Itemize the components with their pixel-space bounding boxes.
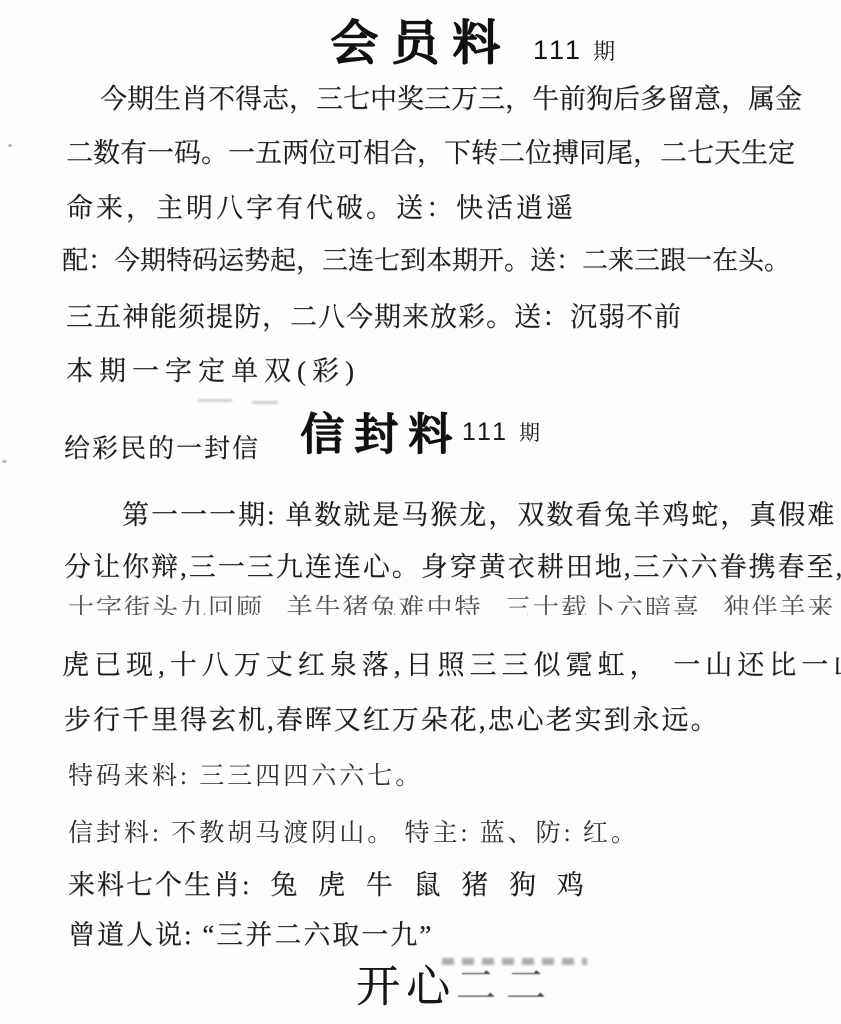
footer-text-main: 开心 bbox=[356, 950, 456, 1014]
member-line: 配：今期特码运势起，三连七到本期开。送：二来三跟一在头。 bbox=[62, 240, 790, 277]
envelope-issue-suffix: 期 bbox=[519, 417, 540, 447]
envelope-line: 虎已现,十八万丈红泉落,日照三三似霓虹， 一山还比一山高, bbox=[62, 643, 841, 682]
member-issue-suffix: 期 bbox=[593, 35, 615, 66]
scan-smudge bbox=[252, 401, 278, 404]
ink-smudge bbox=[442, 958, 587, 965]
member-line: 三五神能须提防，二八今期来放彩。送：沉弱不前 bbox=[66, 295, 682, 334]
envelope-tip-line: 信封料: 不教胡马渡阴山。 特主: 蓝、防: 红。 bbox=[68, 813, 639, 849]
scan-speck bbox=[2, 460, 7, 463]
member-line: 命来，主明八字有代破。送：快活逍遥 bbox=[66, 186, 576, 225]
envelope-line: 第一一一期: 单数就是马猴龙，双数看兔羊鸡蛇，真假难 bbox=[122, 493, 836, 532]
envelope-issue-number: 111 bbox=[462, 418, 509, 447]
scan-smudge bbox=[198, 399, 232, 402]
envelope-title: 信封料 bbox=[300, 398, 462, 462]
envelope-issue: 111 期 bbox=[462, 417, 540, 447]
envelope-side-note: 给彩民的一封信 bbox=[64, 428, 260, 465]
envelope-line: 十字街头九回顾 羊牛猪兔难中特 三十载卜六暗喜 独伴羊来 bbox=[68, 590, 836, 615]
member-issue: 111 期 bbox=[533, 35, 615, 66]
envelope-line: 分让你辩,三一三九连连心。身穿黄衣耕田地,三六六眷携春至, bbox=[64, 545, 841, 584]
member-line: 今期生肖不得志，三七中奖三万三，牛前狗后多留意，属金 bbox=[100, 77, 802, 116]
envelope-line-clipped: 十字街头九回顾 羊牛猪兔难中特 三十载卜六暗喜 独伴羊来 bbox=[68, 590, 836, 615]
quote-line: 曾道人说: “三并二六取一九” bbox=[68, 913, 433, 952]
member-line: 本期一字定单双(彩) bbox=[66, 349, 360, 388]
member-issue-number: 111 bbox=[533, 35, 583, 66]
member-section-header: 会员料 111 期 bbox=[330, 4, 615, 73]
envelope-line: 步行千里得玄机,春晖又红万朵花,忠心老实到永远。 bbox=[64, 698, 720, 737]
scan-speck bbox=[8, 144, 12, 147]
special-code-line: 特码来料: 三三四四六六七。 bbox=[68, 756, 423, 792]
member-title: 会员料 bbox=[330, 4, 513, 73]
zodiac-line: 来料七个生肖: 兔 虎 牛 鼠 猪 狗 鸡 bbox=[68, 863, 586, 902]
member-line: 二数有一码。一五两位可相合，下转二位搏同尾，二七天生定 bbox=[66, 131, 795, 170]
scanned-document-page: 会员料 111 期 今期生肖不得志，三七中奖三万三，牛前狗后多留意，属金 二数有… bbox=[0, 0, 841, 1024]
